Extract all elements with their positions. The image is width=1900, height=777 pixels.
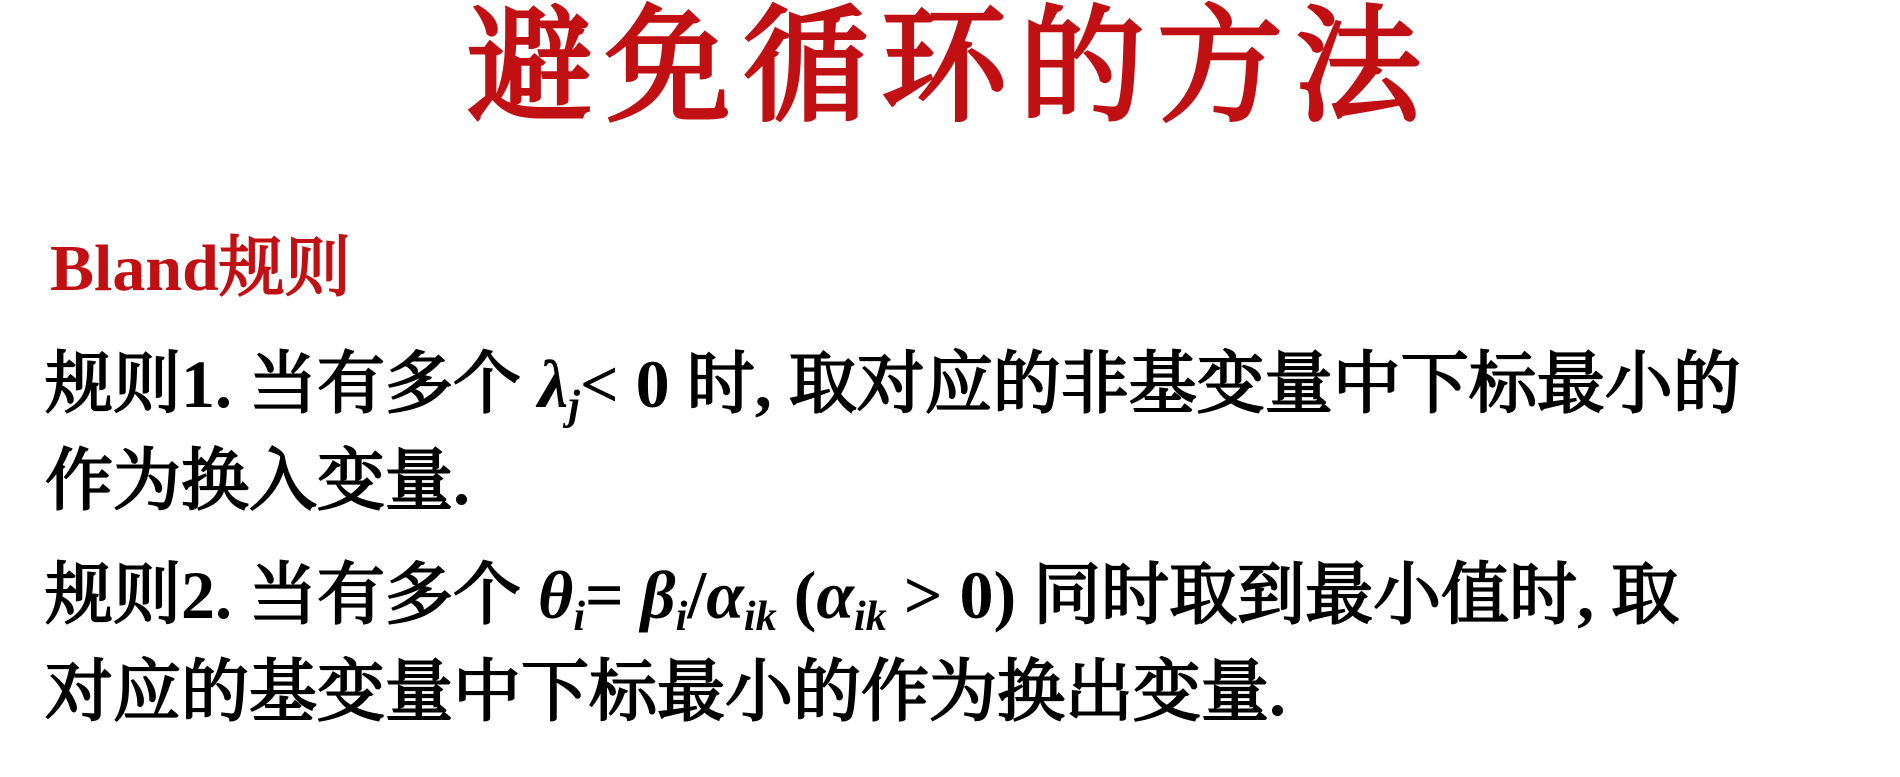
rule2-line1-rest: 同时取到最小值时, 取: [1033, 557, 1679, 633]
division-slash: /: [687, 557, 706, 633]
alpha1-symbol: α: [706, 557, 744, 633]
rule1-comparison: < 0: [580, 346, 687, 422]
theta-symbol: θ: [538, 557, 573, 633]
lambda-subscript: j: [568, 382, 580, 429]
slide: 避免循环的方法 Bland规则 规则1. 当有多个 λj< 0 时, 取对应的非…: [0, 0, 1900, 777]
condition-close: > 0): [887, 557, 1033, 633]
rule1-line1-rest: 时, 取对应的非基变量中下标最小的: [687, 346, 1741, 422]
rule1-line2: 作为换入变量.: [45, 443, 470, 519]
bland-rule-heading: Bland规则: [50, 233, 351, 306]
beta-symbol: β: [641, 557, 676, 633]
rule1-paragraph: 规则1. 当有多个 λj< 0 时, 取对应的非基变量中下标最小的作为换入变量.: [45, 336, 1880, 530]
alpha2-subscript: ik: [854, 593, 887, 640]
alpha-variable-1: αik: [706, 557, 776, 633]
slide-title: 避免循环的方法: [0, 6, 1900, 132]
alpha-variable-2: αik: [816, 557, 886, 633]
rule1-lead-text: 当有多个: [232, 346, 538, 422]
open-parenthesis: (: [777, 557, 817, 633]
lambda-variable: λj: [538, 346, 580, 422]
rule2-label: 规则2.: [45, 557, 232, 633]
rule2-lead-text: 当有多个: [232, 557, 538, 633]
beta-variable: βi: [641, 557, 688, 633]
theta-subscript: i: [573, 593, 585, 640]
alpha2-symbol: α: [816, 557, 854, 633]
beta-subscript: i: [676, 593, 688, 640]
equals-sign: =: [585, 557, 641, 633]
theta-variable: θi: [538, 557, 585, 633]
alpha1-subscript: ik: [744, 593, 777, 640]
lambda-symbol: λ: [538, 346, 568, 422]
rule1-label: 规则1.: [45, 346, 232, 422]
rule2-paragraph: 规则2. 当有多个 θi= βi/αik (αik > 0) 同时取到最小值时,…: [45, 547, 1880, 741]
rule2-line2: 对应的基变量中下标最小的作为换出变量.: [45, 654, 1286, 730]
